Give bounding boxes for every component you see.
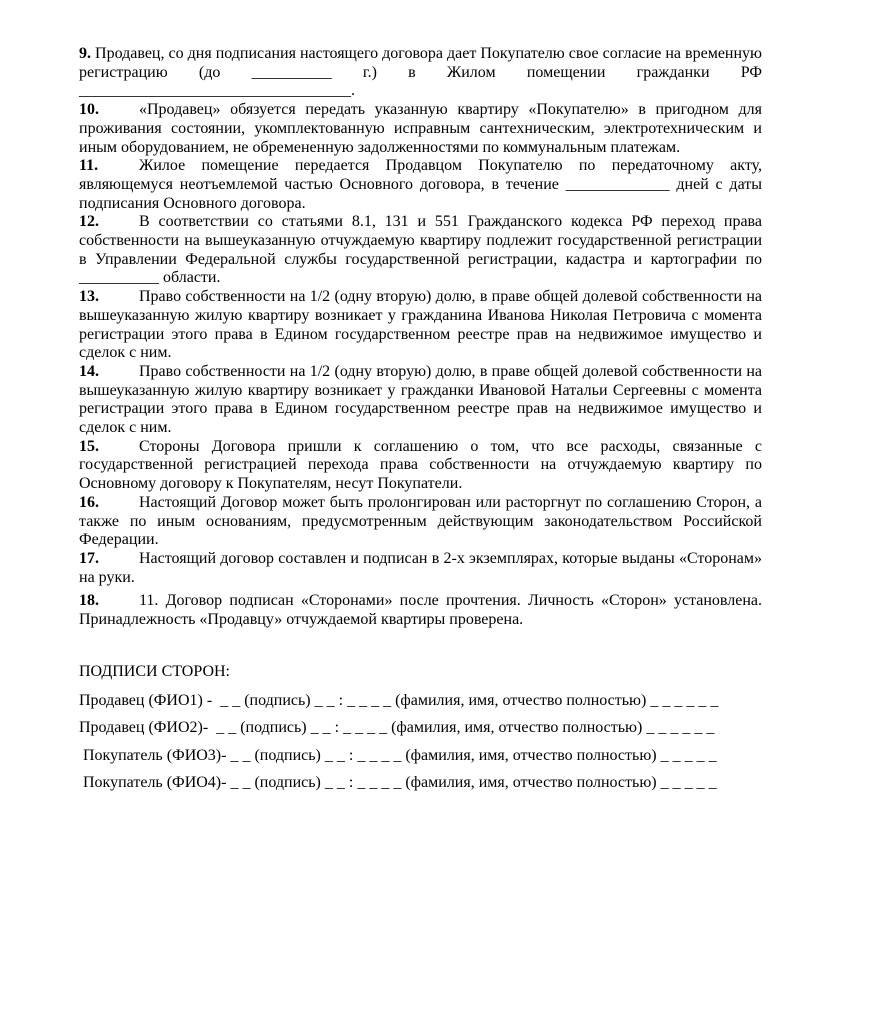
paragraph-11: 11.Жилое помещение передается Продавцом … bbox=[79, 157, 762, 213]
paragraph-18-text: 11. Договор подписан «Сторонами» после п… bbox=[79, 592, 762, 628]
paragraph-13-number: 13. bbox=[79, 288, 139, 307]
paragraph-17-number: 17. bbox=[79, 550, 139, 569]
paragraph-16-number: 16. bbox=[79, 494, 139, 513]
paragraph-12-number: 12. bbox=[79, 213, 139, 232]
paragraph-15-number: 15. bbox=[79, 438, 139, 457]
signature-line-seller-2: Продавец (ФИО2)- _ _ (подпись) _ _ : _ _… bbox=[79, 714, 762, 742]
paragraph-18-number: 18. bbox=[79, 592, 139, 611]
paragraph-13: 13.Право собственности на 1/2 (одну втор… bbox=[79, 288, 762, 363]
paragraph-12-text: В соответствии со статьями 8.1, 131 и 55… bbox=[79, 213, 762, 286]
paragraph-13-text: Право собственности на 1/2 (одну вторую)… bbox=[79, 288, 762, 361]
paragraph-15-text: Стороны Договора пришли к соглашению о т… bbox=[79, 438, 762, 492]
paragraph-14-text: Право собственности на 1/2 (одну вторую)… bbox=[79, 363, 762, 436]
signature-line-buyer-4: Покупатель (ФИО4)- _ _ (подпись) _ _ : _… bbox=[79, 769, 762, 797]
paragraph-14-number: 14. bbox=[79, 363, 139, 382]
signatures-heading: ПОДПИСИ СТОРОН: bbox=[79, 662, 762, 681]
paragraph-11-text: Жилое помещение передается Продавцом Пок… bbox=[79, 157, 762, 211]
paragraph-15: 15.Стороны Договора пришли к соглашению … bbox=[79, 438, 762, 494]
signature-line-buyer-3: Покупатель (ФИО3)- _ _ (подпись) _ _ : _… bbox=[79, 742, 762, 770]
paragraph-16-text: Настоящий Договор может быть пролонгиров… bbox=[79, 494, 762, 548]
paragraph-17-text: Настоящий договор составлен и подписан в… bbox=[79, 550, 762, 586]
paragraph-9: 9. Продавец, со дня подписания настоящег… bbox=[79, 45, 762, 101]
paragraph-12: 12.В соответствии со статьями 8.1, 131 и… bbox=[79, 213, 762, 288]
paragraph-9-number: 9. bbox=[79, 45, 91, 62]
paragraph-9-text: Продавец, со дня подписания настоящего д… bbox=[79, 45, 762, 99]
paragraph-18: 18.11. Договор подписан «Сторонами» посл… bbox=[79, 592, 762, 629]
paragraph-10: 10.«Продавец» обязуется передать указанн… bbox=[79, 101, 762, 157]
paragraph-10-text: «Продавец» обязуется передать указанную … bbox=[79, 101, 762, 155]
signature-line-seller-1: Продавец (ФИО1) - _ _ (подпись) _ _ : _ … bbox=[79, 687, 762, 715]
paragraph-17: 17.Настоящий договор составлен и подписа… bbox=[79, 550, 762, 587]
contract-document-page: 9. Продавец, со дня подписания настоящег… bbox=[0, 0, 870, 1019]
paragraph-14: 14.Право собственности на 1/2 (одну втор… bbox=[79, 363, 762, 438]
paragraph-10-number: 10. bbox=[79, 101, 139, 120]
paragraph-11-number: 11. bbox=[79, 157, 139, 176]
signatures-block: Продавец (ФИО1) - _ _ (подпись) _ _ : _ … bbox=[79, 687, 762, 797]
paragraph-16: 16.Настоящий Договор может быть пролонги… bbox=[79, 494, 762, 550]
